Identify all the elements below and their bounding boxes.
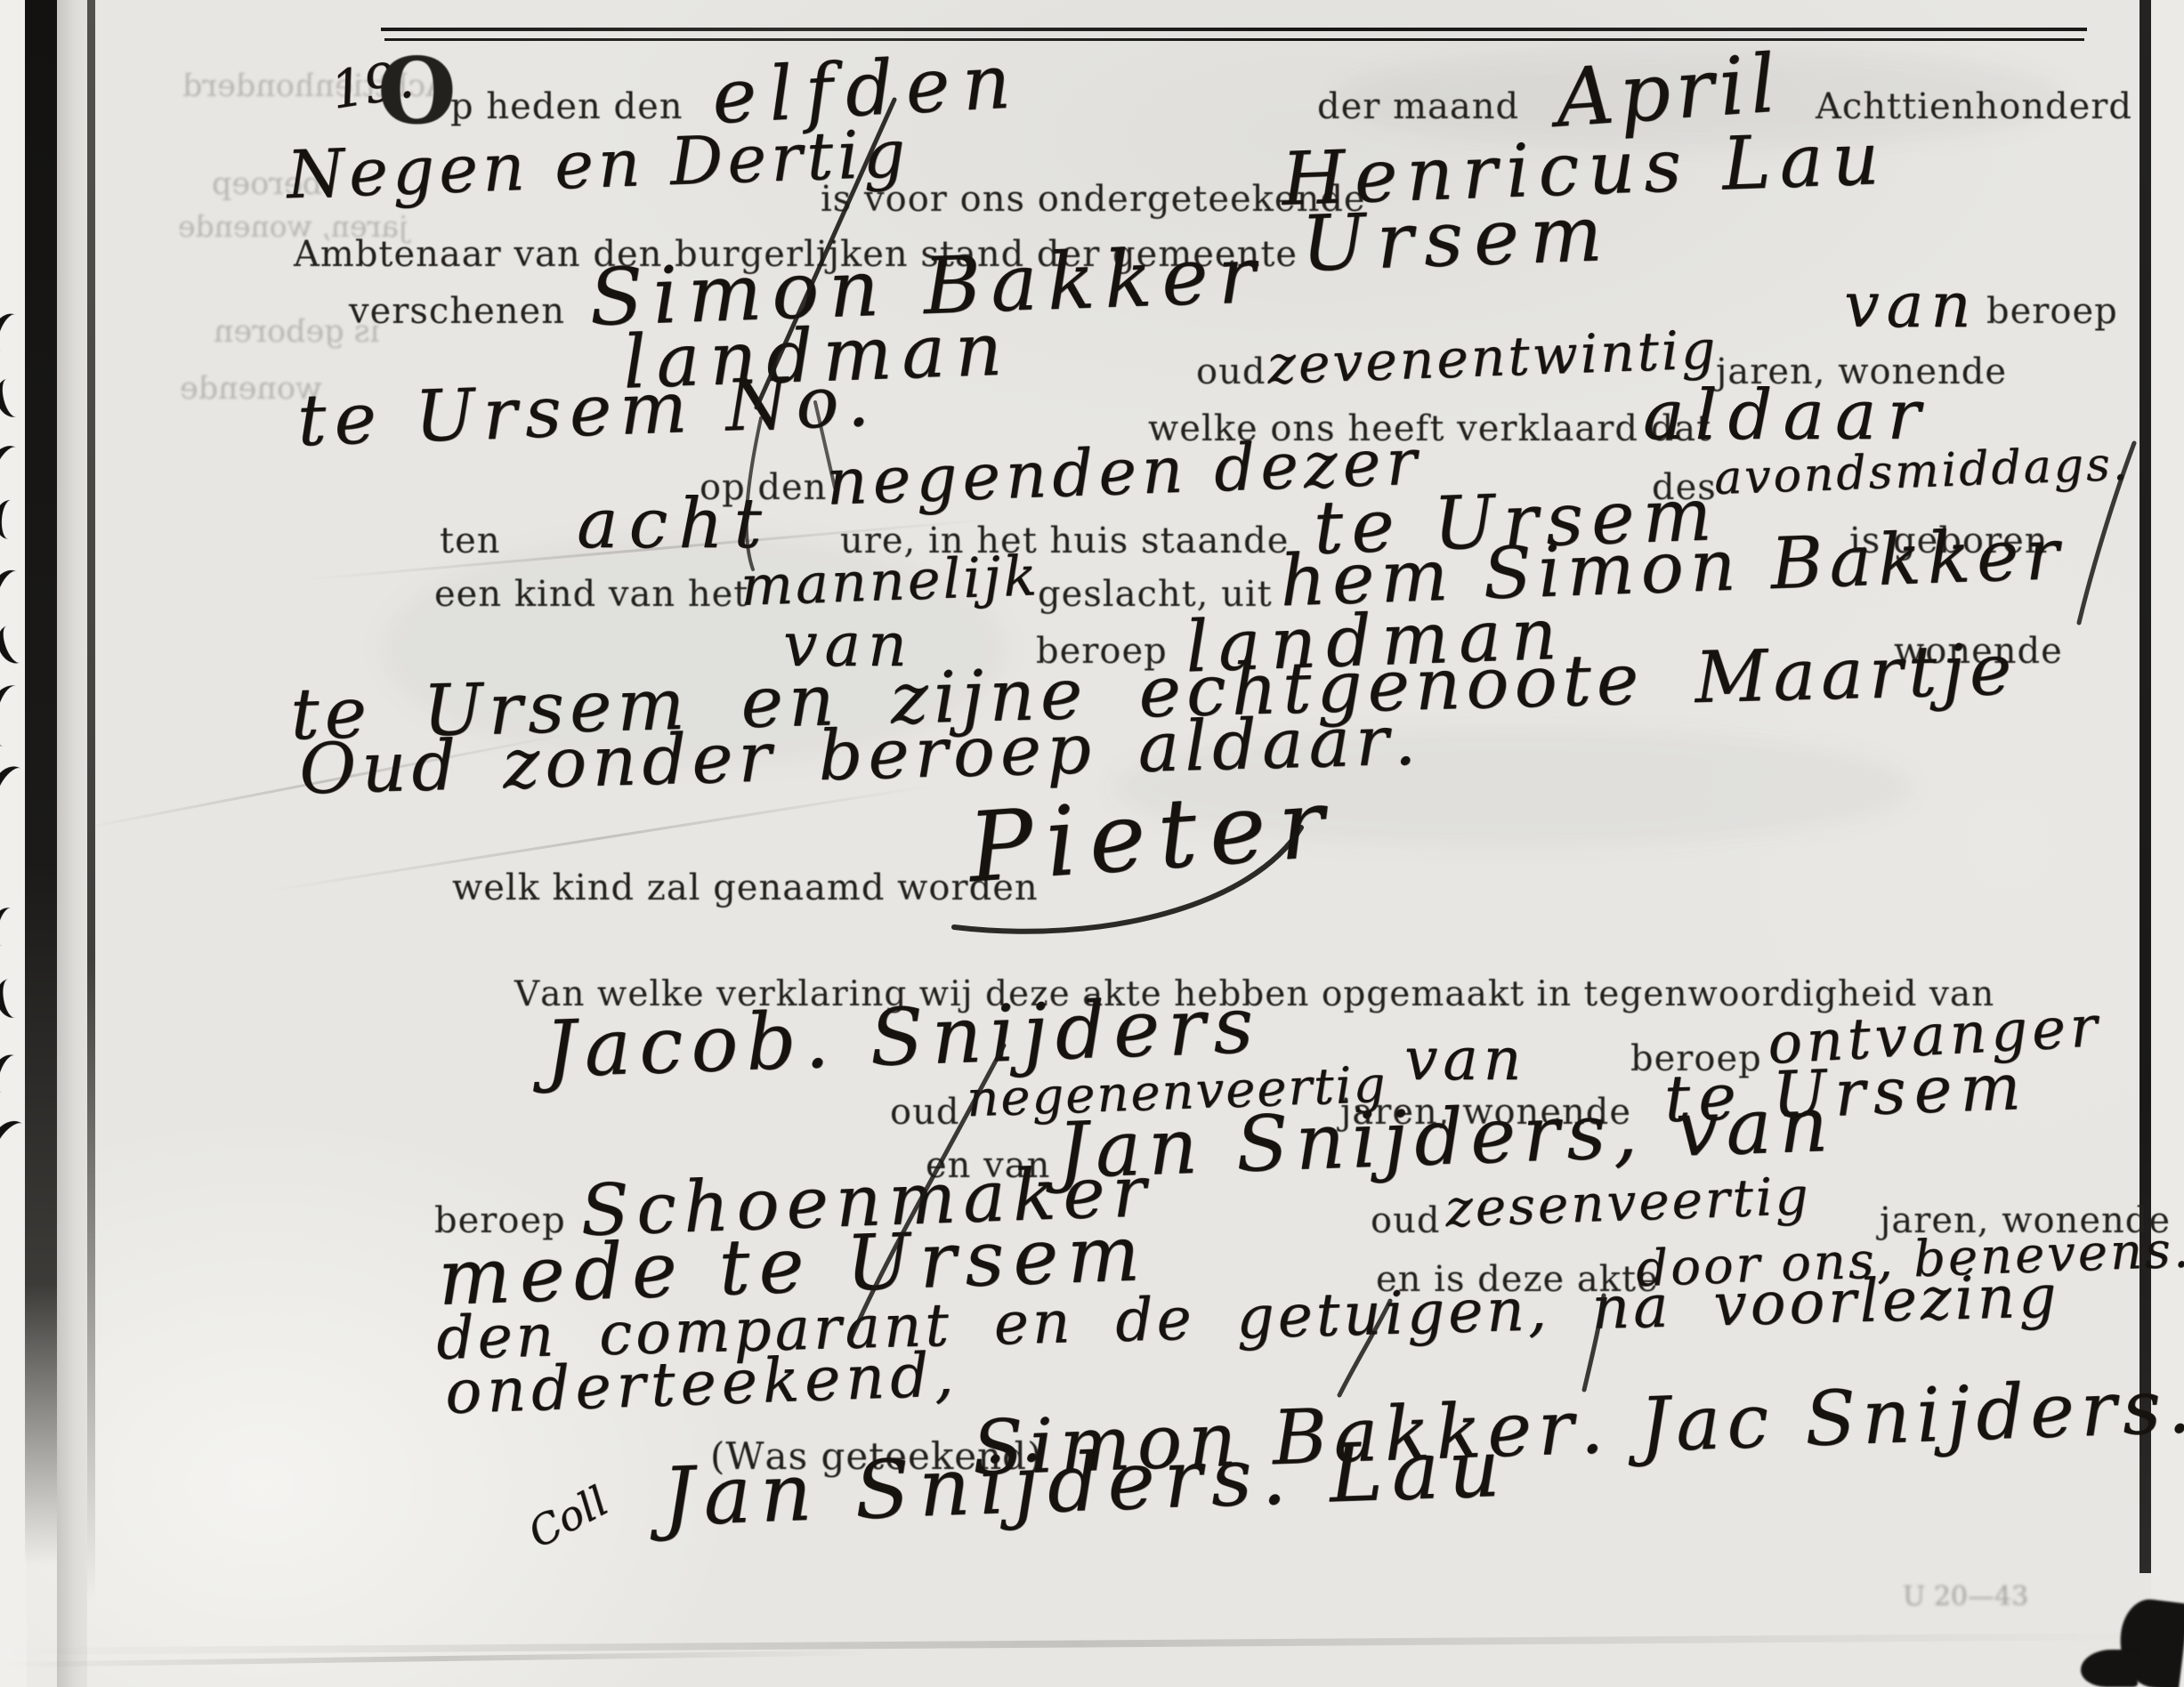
- printed-welk-kind: welk kind zal genaamd worden: [452, 870, 1039, 906]
- corner-ink-blob: [2081, 1650, 2138, 1687]
- hand-witness2-age: zesenveertig: [1444, 1170, 1811, 1234]
- hand-year: Negen en Dertig: [286, 121, 910, 208]
- paper-crease: [0, 1633, 2154, 1655]
- hand-van: van: [1844, 274, 1978, 336]
- hand-aldaar: aldaar: [1643, 381, 1931, 450]
- hand-child-name: Pieter: [966, 776, 1340, 898]
- archive-stamp: U 20—43: [1903, 1584, 2028, 1610]
- printed-op-heden-den: p heden den: [450, 89, 684, 125]
- book-spine-shadow: [25, 0, 57, 1566]
- hand-daypart: avondsmiddags.: [1713, 441, 2131, 502]
- dropcap-O: O: [377, 46, 457, 137]
- printed-verschenen: verschenen: [349, 294, 565, 329]
- printed-beroep: beroep: [1986, 294, 2118, 329]
- page-right-edge-line: [2140, 0, 2151, 1573]
- hand-declarant-residence: te Ursem No.: [296, 366, 878, 457]
- hand-witness1-van: van: [1404, 1030, 1526, 1089]
- top-rule-lower: [384, 38, 2084, 41]
- hand-gender: mannelijk: [740, 548, 1040, 614]
- printed-oud-2: oud: [890, 1094, 959, 1130]
- printed-oud: oud: [1196, 354, 1266, 390]
- hand-hour: acht: [577, 489, 772, 559]
- printed-ten: ten: [440, 523, 501, 559]
- facing-page-edge: [0, 0, 27, 1687]
- hand-coll-note: Coll: [522, 1480, 614, 1554]
- printed-oud-3: oud: [1371, 1203, 1440, 1239]
- spine-gutter: [57, 0, 87, 1687]
- hand-onderteekend: onderteekend,: [444, 1345, 959, 1424]
- top-rule-upper: [381, 28, 2087, 31]
- scanned-birth-record-page: Achttienhonderd beroep jaren, wonende is…: [0, 0, 2184, 1687]
- printed-der-maand: der maand: [1317, 89, 1519, 125]
- hand-municipality: Ursem: [1300, 196, 1614, 283]
- printed-een-kind: een kind van het: [434, 577, 748, 612]
- spine-fold-line: [87, 0, 95, 1602]
